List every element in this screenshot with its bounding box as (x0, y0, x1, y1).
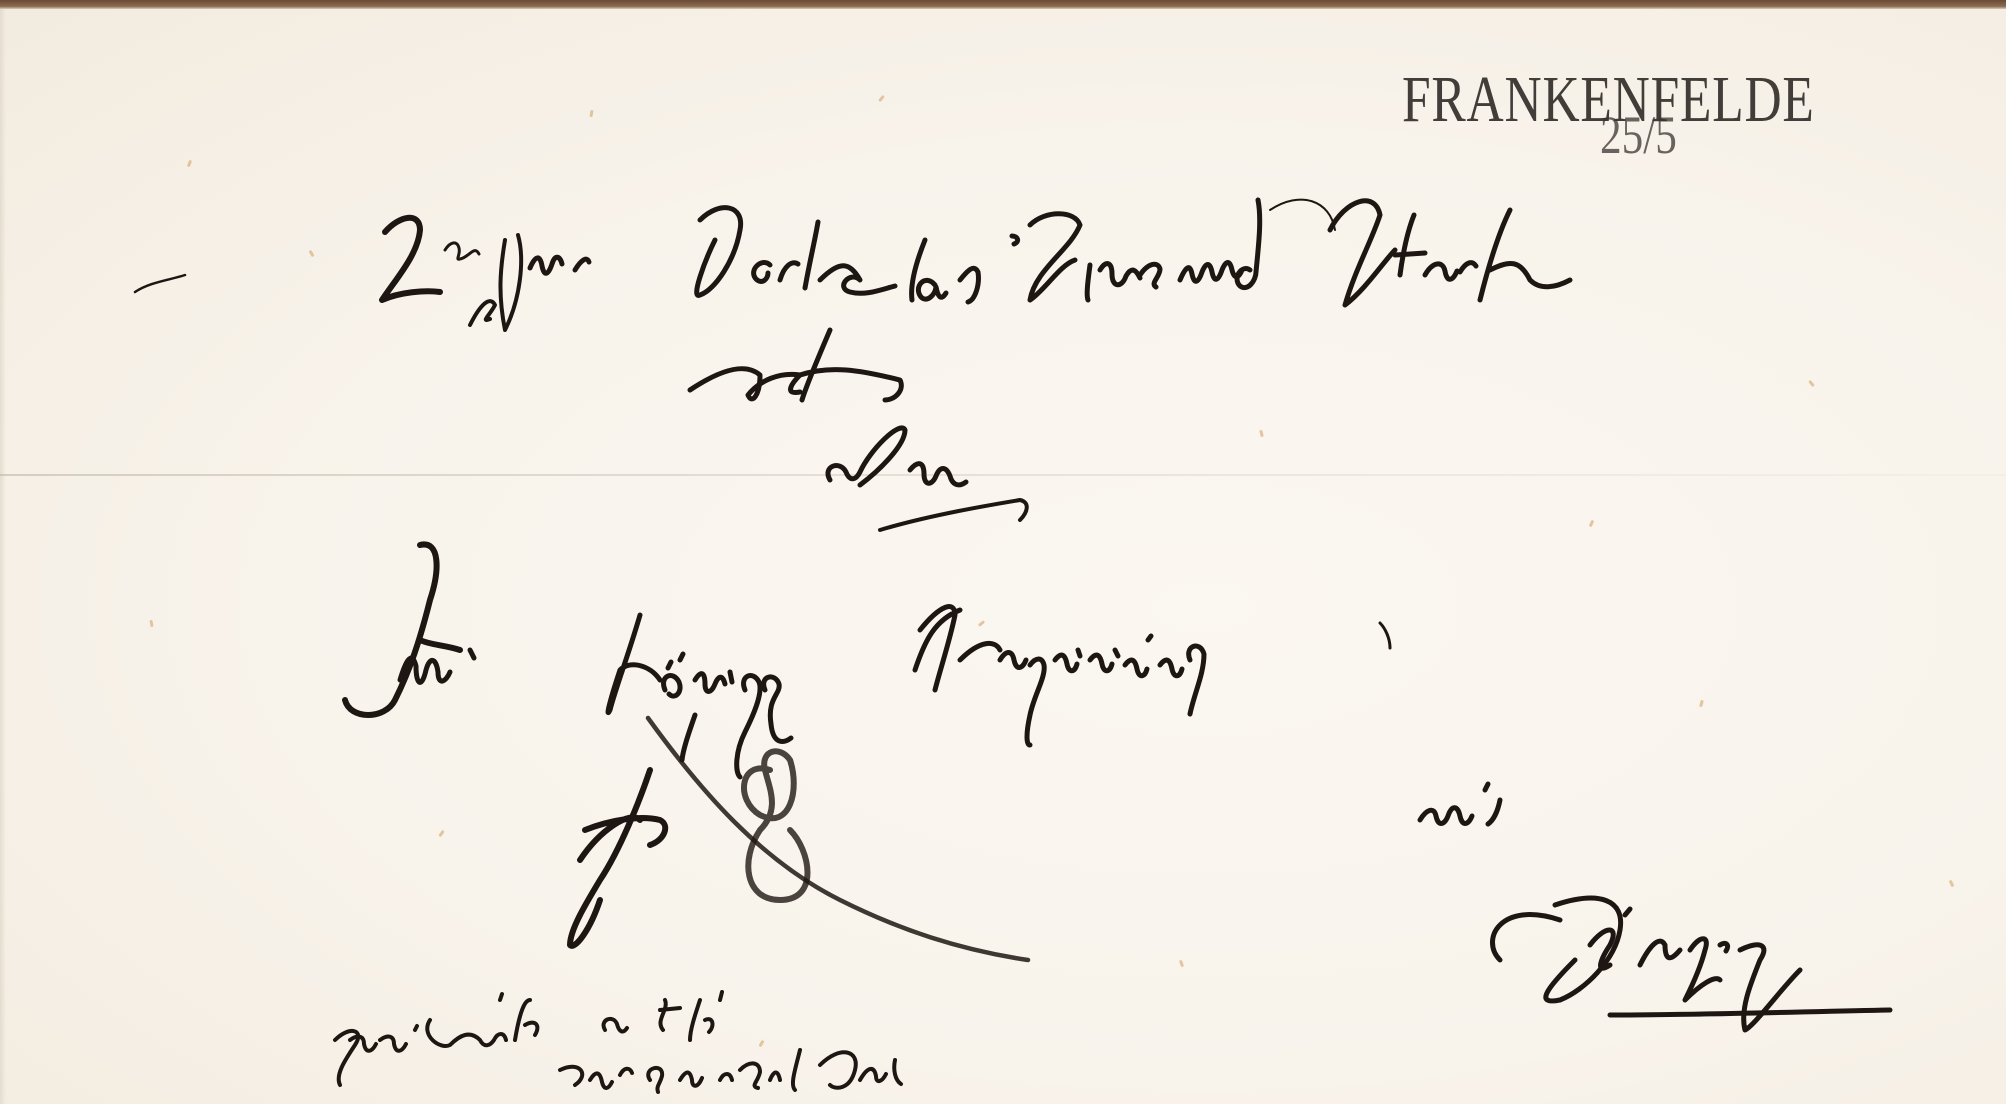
letter-cover: FRANKENFELDE 25/5 (0, 0, 2006, 1104)
crayon-markings (0, 0, 2006, 1104)
blue-crayon-stroke (648, 718, 1028, 960)
